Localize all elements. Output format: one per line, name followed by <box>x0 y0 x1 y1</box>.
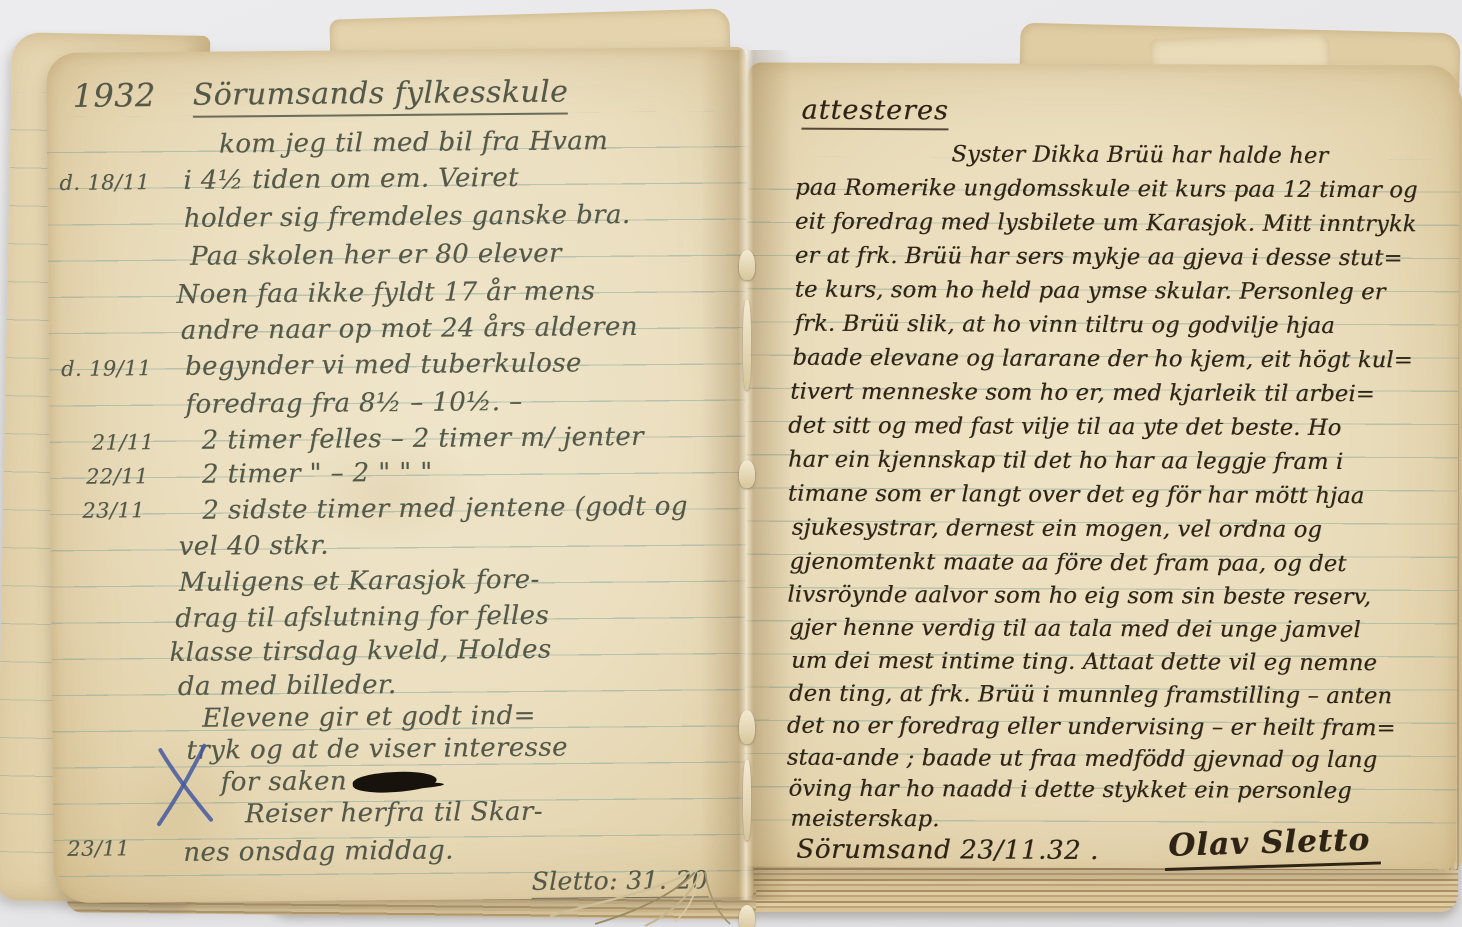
right-page: attesteres Syster Dikka Brüü har halde h… <box>744 62 1460 869</box>
journal-line: gjer henne verdig til aa tala med dei un… <box>789 615 1361 643</box>
journal-line: drag til afslutning for felles <box>175 601 549 634</box>
journal-line: 2 sidste timer med jentene (godt og <box>202 491 688 525</box>
blue-cross-mark <box>148 740 225 833</box>
page-title: Sörumsands fylkesskule <box>193 75 569 118</box>
journal-line: det sitt og med fast vilje til aa yte de… <box>788 413 1341 441</box>
margin-date: 23/11 <box>67 836 130 861</box>
journal-line: tryk og at de viser interesse <box>186 733 568 766</box>
journal-line: eit foredrag med lysbilete um Karasjok. … <box>795 209 1417 238</box>
journal-line: gjenomtenkt maate aa före det fram paa, … <box>790 549 1347 577</box>
loose-binding-threads <box>540 872 800 927</box>
journal-line: tivert menneske som ho er, med kjarleik … <box>790 379 1375 408</box>
journal-line: paa Romerike ungdomsskule eit kurs paa 1… <box>795 175 1418 204</box>
attestation-heading: attesteres <box>801 95 948 131</box>
right-page-text: attesteres Syster Dikka Brüü har halde h… <box>744 62 1460 869</box>
left-page-text: 1932 Sörumsands fylkesskule kom jeg til … <box>46 47 753 903</box>
journal-line: holder sig fremdeles ganske bra. <box>184 200 631 234</box>
dateline: Sörumsand 23/11.32 . <box>796 835 1099 866</box>
journal-line: begynder vi med tuberkulose <box>185 348 582 381</box>
margin-date: d. 19/11 <box>61 356 152 381</box>
margin-date: d. 18/11 <box>59 170 150 195</box>
journal-line: det no er foredrag eller undervising – e… <box>787 713 1396 742</box>
journal-line: te kurs, som ho held paa ymse skular. Pe… <box>795 277 1386 306</box>
ink-blot-mark <box>352 770 437 795</box>
journal-line: da med billeder. <box>178 670 397 702</box>
journal-line: sjukesystrar, dernest ein mogen, vel ord… <box>792 515 1322 543</box>
journal-line: 2 timer " – 2 " " " <box>202 458 433 490</box>
margin-date: 22/11 <box>86 464 149 489</box>
year-label: 1932 <box>73 76 156 115</box>
journal-line: Syster Dikka Brüü har halde her <box>951 141 1328 169</box>
journal-line: Paa skolen her er 80 elever <box>190 239 562 272</box>
journal-line: 2 timer felles – 2 timer m/ jenter <box>202 422 644 456</box>
journal-line: meisterskap. <box>790 806 939 833</box>
journal-line: i 4½ tiden om em. Veiret <box>183 163 519 196</box>
journal-line: for saken <box>221 766 438 798</box>
journal-line: andre naar op mot 24 års alderen <box>181 312 638 346</box>
journal-line: nes onsdag middag. <box>183 836 454 868</box>
journal-line: foredrag fra 8½ – 10½. – <box>185 387 522 420</box>
journal-line: staa-ande ; baade ut fraa medfödd gjevna… <box>787 745 1378 774</box>
journal-line: klasse tirsdag kveld, Holdes <box>169 635 551 668</box>
notebook-photo: 193 ( 1932 Sörumsands fylkesskule kom je… <box>0 0 1462 927</box>
journal-line: vel 40 stkr. <box>178 531 328 562</box>
journal-line: Noen faa ikke fyldt 17 år mens <box>176 276 595 310</box>
journal-line: er at frk. Brüü har sers mykje aa gjeva … <box>795 243 1403 272</box>
journal-line: den ting, at frk. Brüü i munnleg framsti… <box>789 681 1392 710</box>
journal-line: Reiser herfra til Skar- <box>245 797 543 830</box>
journal-line: Elevene gir et godt ind= <box>202 701 536 734</box>
journal-line: kom jeg til med bil fra Hvam <box>219 126 608 159</box>
journal-line: livsröynde aalvor som ho eig som sin bes… <box>787 582 1371 611</box>
journal-line-text: for saken <box>221 766 348 797</box>
journal-line: timane som er langt over det eg för har … <box>788 481 1365 510</box>
signature: Olav Sletto <box>1164 821 1381 871</box>
margin-date: 23/11 <box>82 498 145 523</box>
margin-date: 21/11 <box>92 430 155 455</box>
journal-line: um dei mest intime ting. Attaat dette vi… <box>791 648 1377 677</box>
journal-line: frk. Brüü slik, at ho vinn tiltru og god… <box>795 311 1335 339</box>
journal-line: öving har ho naadd i dette stykket ein p… <box>789 776 1352 804</box>
journal-line: baade elevane og lararane der ho kjem, e… <box>792 345 1412 374</box>
left-page: 1932 Sörumsands fylkesskule kom jeg til … <box>46 47 753 903</box>
journal-line: Muligens et Karasjok fore- <box>179 565 540 598</box>
journal-line: har ein kjennskap til det ho har aa legg… <box>788 447 1343 475</box>
